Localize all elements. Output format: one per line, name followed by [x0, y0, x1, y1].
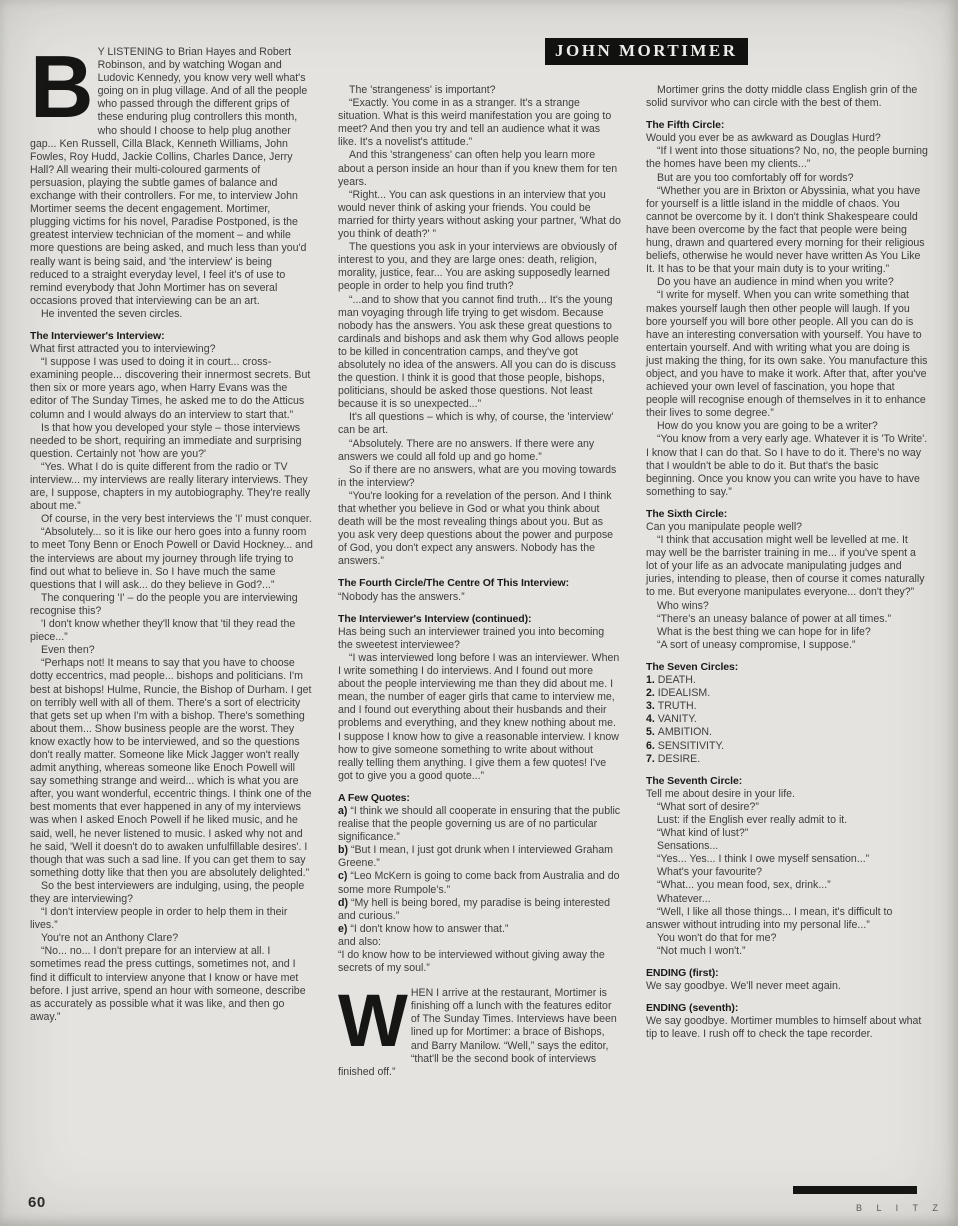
paragraph: “I was interviewed long before I was an … — [338, 652, 621, 783]
list-item-marker: 2. — [646, 687, 658, 699]
paragraph: “Absolutely... so it is like our hero go… — [30, 526, 313, 591]
paragraph: Mortimer grins the dotty middle class En… — [646, 84, 929, 110]
section-heading: ENDING (first): — [646, 967, 929, 980]
list-item: 5. AMBITION. — [646, 726, 929, 739]
paragraph: “Right... You can ask questions in an in… — [338, 189, 621, 241]
list-item: 1. DEATH. — [646, 674, 929, 687]
section-heading: The Seventh Circle: — [646, 775, 929, 788]
paragraph: Even then? — [30, 644, 313, 657]
paragraph: He invented the seven circles. — [30, 308, 313, 321]
paragraph: “I write for myself. When you can write … — [646, 289, 929, 420]
paragraph: “I suppose I was used to doing it in cou… — [30, 356, 313, 421]
list-item-marker: b) — [338, 844, 351, 856]
paragraph: What is the best thing we can hope for i… — [646, 626, 929, 639]
paragraph: So the best interviewers are indulging, … — [30, 880, 313, 906]
section-heading: ENDING (seventh): — [646, 1002, 929, 1015]
list-item-marker: 3. — [646, 700, 658, 712]
paragraph: Has being such an interviewer trained yo… — [338, 626, 621, 652]
list-item: 7. DESIRE. — [646, 753, 929, 766]
section-heading: The Sixth Circle: — [646, 508, 929, 521]
paragraph: “Yes... Yes... I think I owe myself sens… — [646, 853, 929, 866]
list-item-marker: c) — [338, 870, 350, 882]
list-item: 4. VANITY. — [646, 713, 929, 726]
section-heading: The Interviewer's Interview (continued): — [338, 613, 621, 626]
paragraph: “What kind of lust?” — [646, 827, 929, 840]
section-heading: The Seven Circles: — [646, 661, 929, 674]
paragraph: You won't do that for me? — [646, 932, 929, 945]
list-item-marker: 7. — [646, 753, 658, 765]
paragraph: “Nobody has the answers.” — [338, 591, 621, 604]
list-item-marker: a) — [338, 805, 350, 817]
paragraph: “I do know how to be interviewed without… — [338, 949, 621, 975]
brand-footer: B L I T Z — [856, 1203, 944, 1213]
list-item: 2. IDEALISM. — [646, 687, 929, 700]
paragraph: “Absolutely. There are no answers. If th… — [338, 438, 621, 464]
section-heading: The Fifth Circle: — [646, 119, 929, 132]
paragraph: “I think that accusation might well be l… — [646, 534, 929, 599]
list-item: a) “I think we should all cooperate in e… — [338, 805, 621, 844]
paragraph: 'I don't know whether they'll know that … — [30, 618, 313, 644]
list-item: b) “But I mean, I just got drunk when I … — [338, 844, 621, 870]
paragraph: “You know from a very early age. Whateve… — [646, 433, 929, 498]
paragraph: The 'strangeness' is important? — [338, 84, 621, 97]
paragraph: So if there are no answers, what are you… — [338, 464, 621, 490]
paragraph: “What... you mean food, sex, drink...” — [646, 879, 929, 892]
list-item-marker: e) — [338, 923, 350, 935]
list-item: c) “Leo McKern is going to come back fro… — [338, 870, 621, 896]
paragraph: The questions you ask in your interviews… — [338, 241, 621, 293]
paragraph: “Not much I won't.” — [646, 945, 929, 958]
article-column-3: Mortimer grins the dotty middle class En… — [646, 84, 929, 1041]
paragraph: Whatever... — [646, 893, 929, 906]
paragraph: We say goodbye. We'll never meet again. — [646, 980, 929, 993]
end-of-article-bar — [793, 1186, 917, 1194]
paragraph: Who wins? — [646, 600, 929, 613]
list-item: 3. TRUTH. — [646, 700, 929, 713]
list-item: e) “I don't know how to answer that.” — [338, 923, 621, 936]
paragraph: What first attracted you to interviewing… — [30, 343, 313, 356]
paragraph: “There's an uneasy balance of power at a… — [646, 613, 929, 626]
paragraph: We say goodbye. Mortimer mumbles to hims… — [646, 1015, 929, 1041]
paragraph: “Perhaps not! It means to say that you h… — [30, 657, 313, 880]
paragraph: But are you too comfortably off for word… — [646, 172, 929, 185]
paragraph: “No... no... I don't prepare for an inte… — [30, 945, 313, 1024]
list-item-marker: 1. — [646, 674, 658, 686]
paragraph: “If I went into those situations? No, no… — [646, 145, 929, 171]
paragraph: Sensations... — [646, 840, 929, 853]
drop-cap: B — [30, 49, 91, 125]
paragraph: and also: — [338, 936, 621, 949]
paragraph: “A sort of uneasy compromise, I suppose.… — [646, 639, 929, 652]
masthead-title: JOHN MORTIMER — [545, 38, 748, 65]
list-item-marker: 4. — [646, 713, 658, 725]
paragraph: “What sort of desire?” — [646, 801, 929, 814]
paragraph: “Exactly. You come in as a stranger. It'… — [338, 97, 621, 149]
section-heading: The Interviewer's Interview: — [30, 330, 313, 343]
page-number: 60 — [28, 1194, 46, 1211]
drop-cap: W — [338, 989, 405, 1053]
paragraph: It's all questions – which is why, of co… — [338, 411, 621, 437]
list-item-marker: d) — [338, 897, 351, 909]
paragraph: “Well, I like all those things... I mean… — [646, 906, 929, 932]
paragraph: You're not an Anthony Clare? — [30, 932, 313, 945]
article-column-2: The 'strangeness' is important?“Exactly.… — [338, 84, 621, 1079]
paragraph: Is that how you developed your style – t… — [30, 422, 313, 461]
section-heading: A Few Quotes: — [338, 792, 621, 805]
paragraph: What's your favourite? — [646, 866, 929, 879]
paragraph: The conquering 'I' – do the people you a… — [30, 592, 313, 618]
paragraph: Can you manipulate people well? — [646, 521, 929, 534]
paragraph: “Whether you are in Brixton or Abyssinia… — [646, 185, 929, 277]
magazine-page: JOHN MORTIMER BY LISTENING to Brian Haye… — [0, 0, 958, 1226]
paragraph: And this 'strangeness' can often help yo… — [338, 149, 621, 188]
paragraph: “I don't interview people in order to he… — [30, 906, 313, 932]
paragraph: Do you have an audience in mind when you… — [646, 276, 929, 289]
dropcap-paragraph: WHEN I arrive at the restaurant, Mortime… — [338, 987, 621, 1079]
dropcap-paragraph: BY LISTENING to Brian Hayes and Robert R… — [30, 46, 313, 308]
paragraph: “...and to show that you cannot find tru… — [338, 294, 621, 412]
section-heading: The Fourth Circle/The Centre Of This Int… — [338, 577, 621, 590]
paragraph: “Yes. What I do is quite different from … — [30, 461, 313, 513]
article-column-1: BY LISTENING to Brian Hayes and Robert R… — [30, 46, 313, 1024]
paragraph: “You're looking for a revelation of the … — [338, 490, 621, 569]
paragraph: How do you know you are going to be a wr… — [646, 420, 929, 433]
list-item-marker: 5. — [646, 726, 658, 738]
paragraph: Of course, in the very best interviews t… — [30, 513, 313, 526]
paragraph: Lust: if the English ever really admit t… — [646, 814, 929, 827]
paragraph: Tell me about desire in your life. — [646, 788, 929, 801]
list-item: d) “My hell is being bored, my paradise … — [338, 897, 621, 923]
list-item-marker: 6. — [646, 740, 658, 752]
paragraph: Would you ever be as awkward as Douglas … — [646, 132, 929, 145]
list-item: 6. SENSITIVITY. — [646, 740, 929, 753]
